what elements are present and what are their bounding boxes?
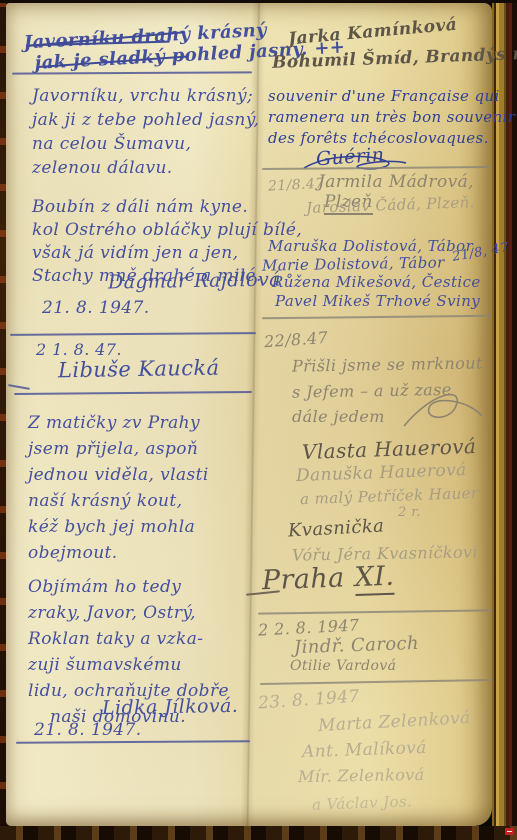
- poem-line: kéž bych jej mohla: [28, 514, 229, 540]
- signature: Dagmar Rajdlová: [108, 268, 281, 293]
- entry-line: des forêts tchécoslovaques.: [268, 128, 515, 149]
- french-entry: souvenir d'une Française qui ramenera un…: [268, 86, 515, 149]
- signature: a Václav Jos.: [312, 792, 413, 813]
- guest-name: Marie Dolistová, Tábor: [262, 253, 445, 274]
- poem-line: jednou viděla, vlasti: [28, 462, 229, 488]
- poem-line: Objímám ho tedy: [28, 574, 229, 600]
- poem-line: Roklan taky a vzka-: [28, 626, 229, 652]
- poem-line: zraky, Javor, Ostrý,: [28, 600, 229, 626]
- poem-line: na celou Šumavu,: [32, 132, 302, 156]
- poem-line: Javorníku, vrchu krásný;: [32, 84, 302, 108]
- entry-date: 21. 8. 1947.: [34, 720, 142, 740]
- signature: Jindř. Caroch: [294, 633, 420, 658]
- entry-date: 2 1. 8. 47.: [36, 340, 122, 359]
- guest-name: Maruška Dolistová, Tábor: [268, 237, 473, 255]
- guest-name: Jarmila Mádrová,: [318, 172, 474, 192]
- signature-flourish: [300, 152, 410, 174]
- book-binding-edge: [0, 0, 6, 840]
- signature: Libuše Kaucká: [58, 356, 220, 383]
- poem-entry-2: Z matičky zv Prahy jsem přijela, aspoň j…: [28, 410, 229, 730]
- poem-line: jak ji z tebe pohled jasný,: [32, 108, 302, 132]
- city-signature: Praha XI.: [261, 561, 394, 600]
- entry-line: souvenir d'une Française qui: [268, 86, 515, 107]
- poem-line: obejmout.: [28, 540, 229, 566]
- signature: Lidka Jílková.: [102, 695, 239, 719]
- guestbook-scan: Javorníku drahý krásný jak je sladký poh…: [0, 0, 517, 840]
- entry-note: 2 r.: [398, 505, 421, 520]
- entry-line: Přišli jsme se mrknout: [292, 350, 483, 379]
- entry-date: 21. 8. 1947.: [42, 298, 150, 318]
- poem-line: jsem přijela, aspoň: [28, 436, 229, 462]
- photo-border-top: [0, 0, 517, 3]
- guest-district: XI.: [354, 561, 395, 596]
- red-minus-marker-icon: [505, 828, 514, 835]
- book-bottom-edge: [0, 826, 517, 840]
- entry-line: ramenera un très bon souvenir: [268, 107, 515, 128]
- poem-line: zuji šumavskému: [28, 652, 229, 678]
- signature: Mír. Zelenková: [298, 765, 425, 786]
- signature: Otilie Vardová: [290, 658, 396, 674]
- guest-name: Růžena Mikešová, Čestice: [272, 273, 481, 291]
- guest-name: Pavel Mikeš Trhové Sviny: [275, 292, 480, 310]
- poem-line: Boubín z dáli nám kyne.: [32, 196, 302, 219]
- signature-flourish: [398, 386, 488, 434]
- poem-line: Z matičky zv Prahy: [28, 410, 229, 436]
- poem-line: kol Ostrého obláčky plují bílé,: [32, 219, 302, 242]
- poem-line: naší krásný kout,: [28, 488, 229, 514]
